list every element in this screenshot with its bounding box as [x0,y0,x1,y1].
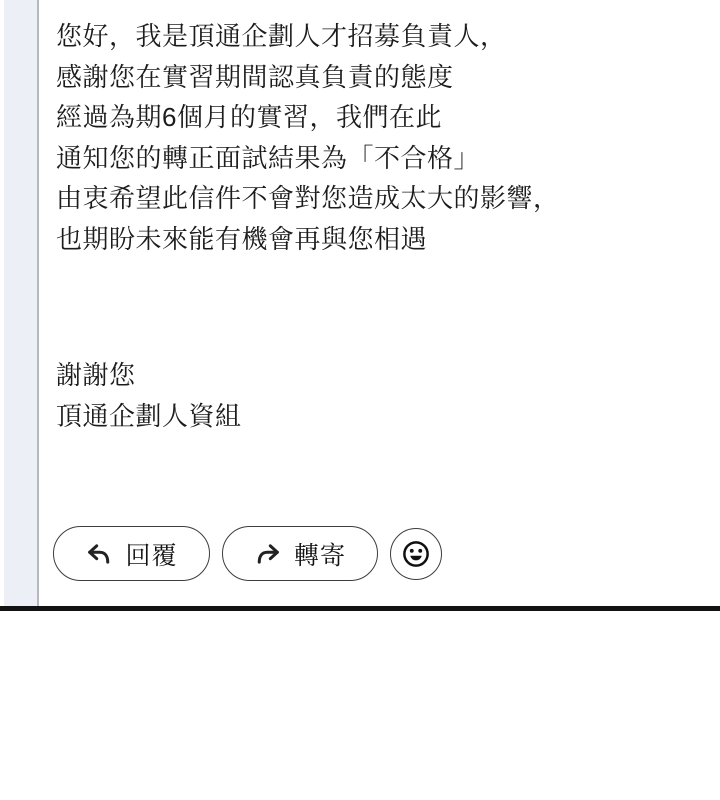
reply-arrow-icon [85,544,113,564]
forward-button-label: 轉寄 [294,536,346,572]
email-body-line: 也期盼未來能有機會再與您相遇 [56,219,676,260]
bottom-divider-line [0,606,720,611]
email-signature-line: 頂通企劃人資組 [56,396,676,437]
email-view: 您好，我是頂通企劃人才招募負責人， 感謝您在實習期間認真負責的態度 經過為期6個… [0,0,720,800]
email-body-line: 由衷希望此信件不會對您造成太大的影響， [56,178,676,219]
email-body-line: 您好，我是頂通企劃人才招募負責人， [56,16,676,57]
email-body-line: 經過為期6個月的實習，我們在此 [56,97,676,138]
email-body: 您好，我是頂通企劃人才招募負責人， 感謝您在實習期間認真負責的態度 經過為期6個… [56,16,676,436]
email-body-line: 通知您的轉正面試結果為「不合格」 [56,138,676,179]
forward-button[interactable]: 轉寄 [222,526,378,581]
reply-button-label: 回覆 [125,536,177,572]
paragraph-gap [56,259,676,355]
left-gutter-strip [4,0,39,606]
email-signature-line: 謝謝您 [56,355,676,396]
forward-arrow-icon [254,544,282,564]
email-actions-row: 回覆 轉寄 [53,526,442,581]
email-body-line: 感謝您在實習期間認真負責的態度 [56,57,676,98]
smiley-face-icon [401,539,431,569]
emoji-reaction-button[interactable] [390,528,442,580]
reply-button[interactable]: 回覆 [53,526,210,581]
